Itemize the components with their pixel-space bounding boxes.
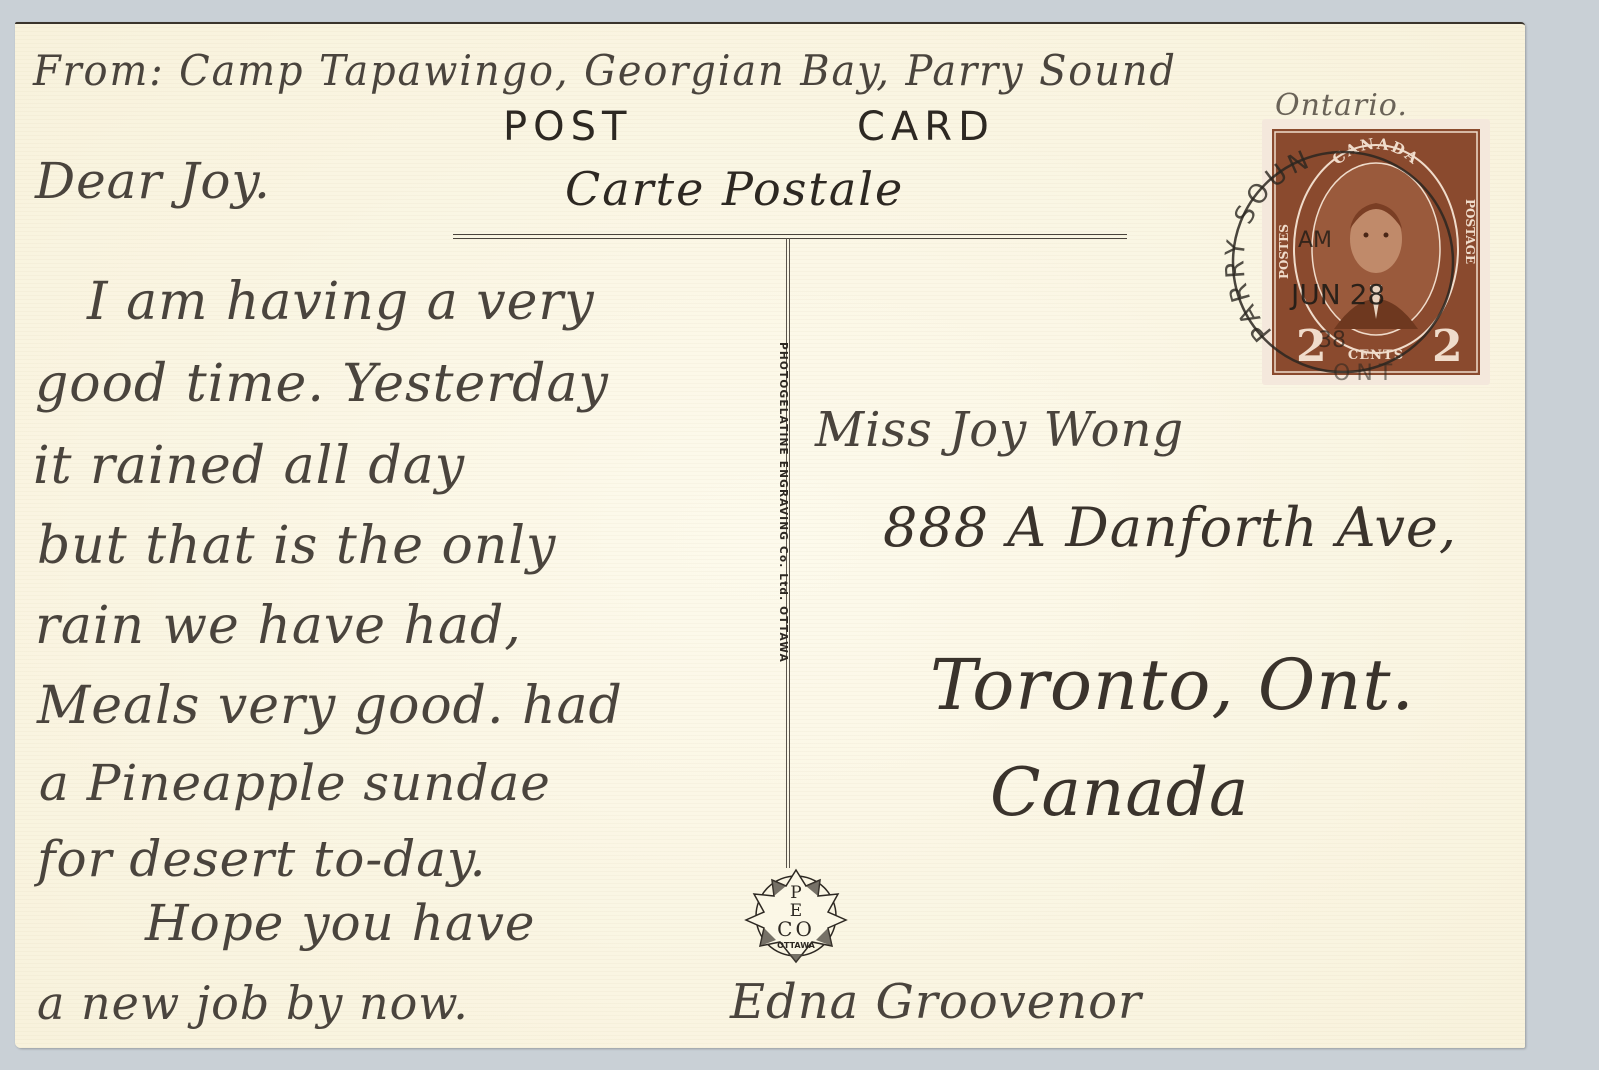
peco-maple-leaf-logo: P E CO OTTAWA bbox=[736, 862, 856, 972]
message-line: for desert to-day. bbox=[37, 830, 487, 888]
king-portrait-icon: CANADA POSTES POSTAGE 2 2 CENTS bbox=[1272, 129, 1480, 375]
message-line: I am having a very bbox=[87, 272, 595, 332]
address-street: 888 A Danforth Ave, bbox=[883, 496, 1457, 559]
message-line: a new job by now. bbox=[37, 976, 469, 1030]
message-line: Meals very good. had bbox=[37, 676, 623, 736]
stamp-value-left: 2 bbox=[1296, 321, 1327, 372]
postage-stamp: CANADA POSTES POSTAGE 2 2 CENTS bbox=[1262, 119, 1490, 385]
stamp-value-right: 2 bbox=[1432, 321, 1463, 372]
stamp-denomination: CENTS bbox=[1348, 348, 1404, 363]
postcard-back: From: Camp Tapawingo, Georgian Bay, Parr… bbox=[15, 22, 1525, 1048]
header-divider bbox=[453, 234, 1127, 239]
address-city: Toronto, Ont. bbox=[930, 644, 1415, 726]
message-line: but that is the only bbox=[37, 516, 556, 576]
stamp-face: CANADA POSTES POSTAGE 2 2 CENTS bbox=[1272, 129, 1480, 375]
message-line: Hope you have bbox=[145, 894, 536, 952]
signature: Edna Groovenor bbox=[730, 974, 1142, 1030]
message-line: good time. Yesterday bbox=[35, 354, 609, 414]
logo-letters-co: CO bbox=[777, 917, 815, 941]
post-card-title-right: CARD bbox=[857, 104, 995, 150]
message-line: a Pineapple sundae bbox=[39, 754, 551, 812]
sender-line-province: Ontario. bbox=[1275, 88, 1408, 123]
address-name: Miss Joy Wong bbox=[815, 402, 1184, 458]
address-country: Canada bbox=[990, 754, 1249, 831]
greeting: Dear Joy. bbox=[35, 152, 271, 210]
post-card-title-left: POST bbox=[503, 104, 632, 150]
logo-letter-p: P bbox=[790, 883, 801, 903]
printer-imprint: PHOTOGELATINE ENGRAVING Co. Ltd. OTTAWA bbox=[777, 342, 789, 663]
logo-city: OTTAWA bbox=[777, 941, 816, 950]
stamp-postage: POSTAGE bbox=[1463, 199, 1477, 264]
stamp-postes: POSTES bbox=[1277, 224, 1291, 279]
message-line: rain we have had, bbox=[35, 596, 522, 656]
message-line: it rained all day bbox=[33, 436, 465, 496]
sender-line: From: Camp Tapawingo, Georgian Bay, Parr… bbox=[33, 46, 1177, 95]
carte-postale-subtitle: Carte Postale bbox=[565, 162, 904, 216]
